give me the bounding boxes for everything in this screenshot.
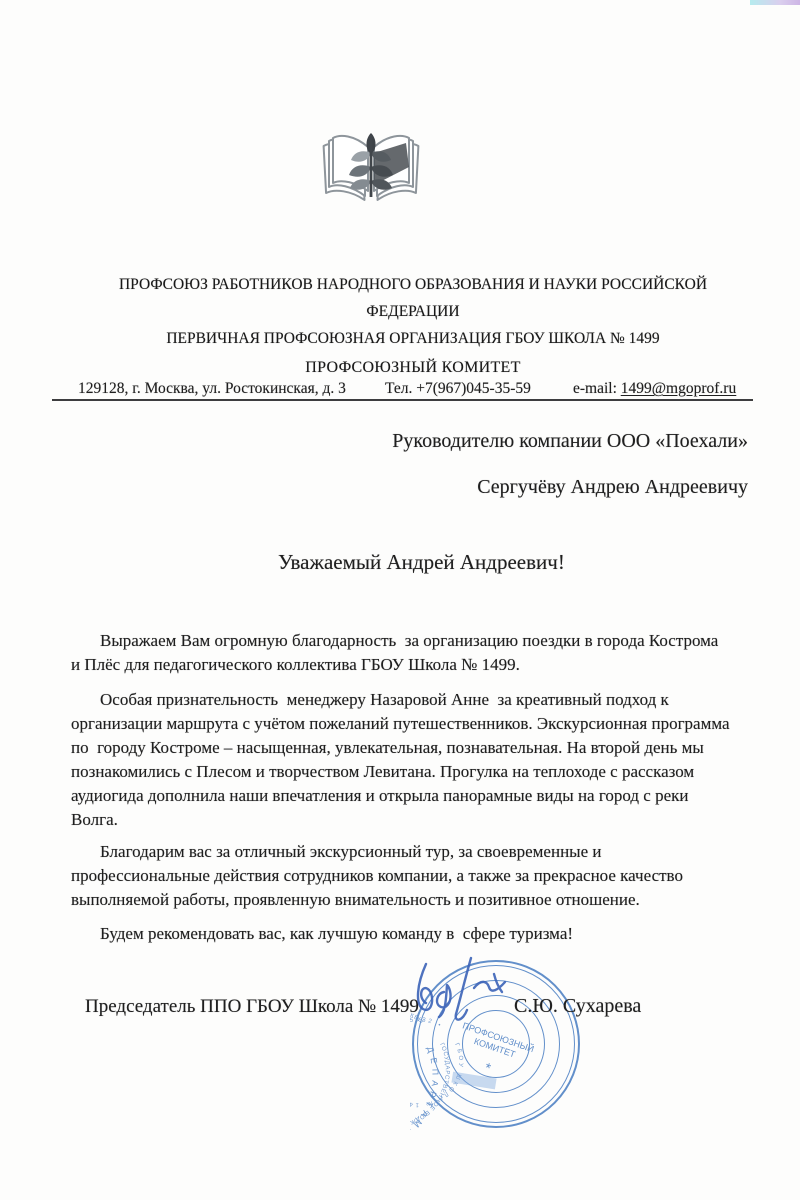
org-name-line3: ПЕРВИЧНАЯ ПРОФСОЮЗНАЯ ОРГАНИЗАЦИЯ ГБОУ Ш… — [26, 325, 800, 352]
body-line: и Плёс для педагогического коллектива ГБ… — [71, 653, 771, 677]
recipient-line1: Руководителю компании ООО «Поехали» — [392, 430, 748, 453]
letterhead-org-name: ПРОФСОЮЗ РАБОТНИКОВ НАРОДНОГО ОБРАЗОВАНИ… — [26, 271, 800, 352]
body-line: Будем рекомендовать вас, как лучшую кома… — [71, 922, 771, 946]
email-address: 1499@mgoprof.ru — [621, 380, 736, 397]
org-name-line2: ФЕДЕРАЦИИ — [26, 298, 800, 325]
committee-title: ПРОФСОЮЗНЫЙ КОМИТЕТ — [26, 359, 800, 377]
letterhead-divider — [52, 399, 753, 401]
scan-artifact — [750, 0, 800, 5]
signer-title: Председатель ППО ГБОУ Школа № 1499 — [85, 996, 419, 1018]
body-line: Особая признательность менеджеру Назаров… — [71, 688, 771, 712]
body-line: по городу Костроме – насыщенная, увлекат… — [71, 736, 771, 760]
body-line: аудиогида дополнила наши впечатления и о… — [71, 784, 771, 808]
paragraph-1: Выражаем Вам огромную благодарность за о… — [71, 629, 771, 677]
recipient-line2: Сергучёву Андрею Андреевичу — [477, 476, 748, 499]
body-line: Выражаем Вам огромную благодарность за о… — [71, 629, 771, 653]
paragraph-3: Благодарим вас за отличный экскурсионный… — [71, 840, 771, 912]
paragraph-2: Особая признательность менеджеру Назаров… — [71, 688, 771, 832]
phone-number: Тел. +7(967)045-35-59 — [385, 380, 531, 398]
body-line: выполняемой работы, проявленную внимател… — [71, 888, 771, 912]
union-logo-book-emblem-icon — [322, 127, 420, 219]
signer-name: С.Ю. Сухарева — [514, 995, 641, 1018]
contact-line: 129128, г. Москва, ул. Ростокинская, д. … — [0, 380, 800, 400]
body-line: организации маршрута с учётом пожеланий … — [71, 712, 771, 736]
paragraph-4: Будем рекомендовать вас, как лучшую кома… — [71, 922, 771, 946]
stamp-center-mark: * — [483, 1059, 494, 1076]
body-line: Благодарим вас за отличный экскурсионный… — [71, 840, 771, 864]
postal-address: 129128, г. Москва, ул. Ростокинская, д. … — [78, 380, 346, 398]
scanned-letter-page: ПРОФСОЮЗ РАБОТНИКОВ НАРОДНОГО ОБРАЗОВАНИ… — [0, 0, 800, 1200]
email-group: e-mail: 1499@mgoprof.ru — [573, 380, 736, 398]
salutation: Уважаемый Андрей Андреевич! — [278, 550, 565, 575]
body-line: познакомились с Плесом и творчеством Лев… — [71, 760, 771, 784]
body-line: профессиональные действия сотрудников ко… — [71, 864, 771, 888]
org-name-line1: ПРОФСОЮЗ РАБОТНИКОВ НАРОДНОГО ОБРАЗОВАНИ… — [26, 271, 800, 298]
email-label: e-mail: — [573, 380, 617, 397]
handwritten-signature — [404, 952, 528, 1050]
body-line: Волга. — [71, 808, 771, 832]
